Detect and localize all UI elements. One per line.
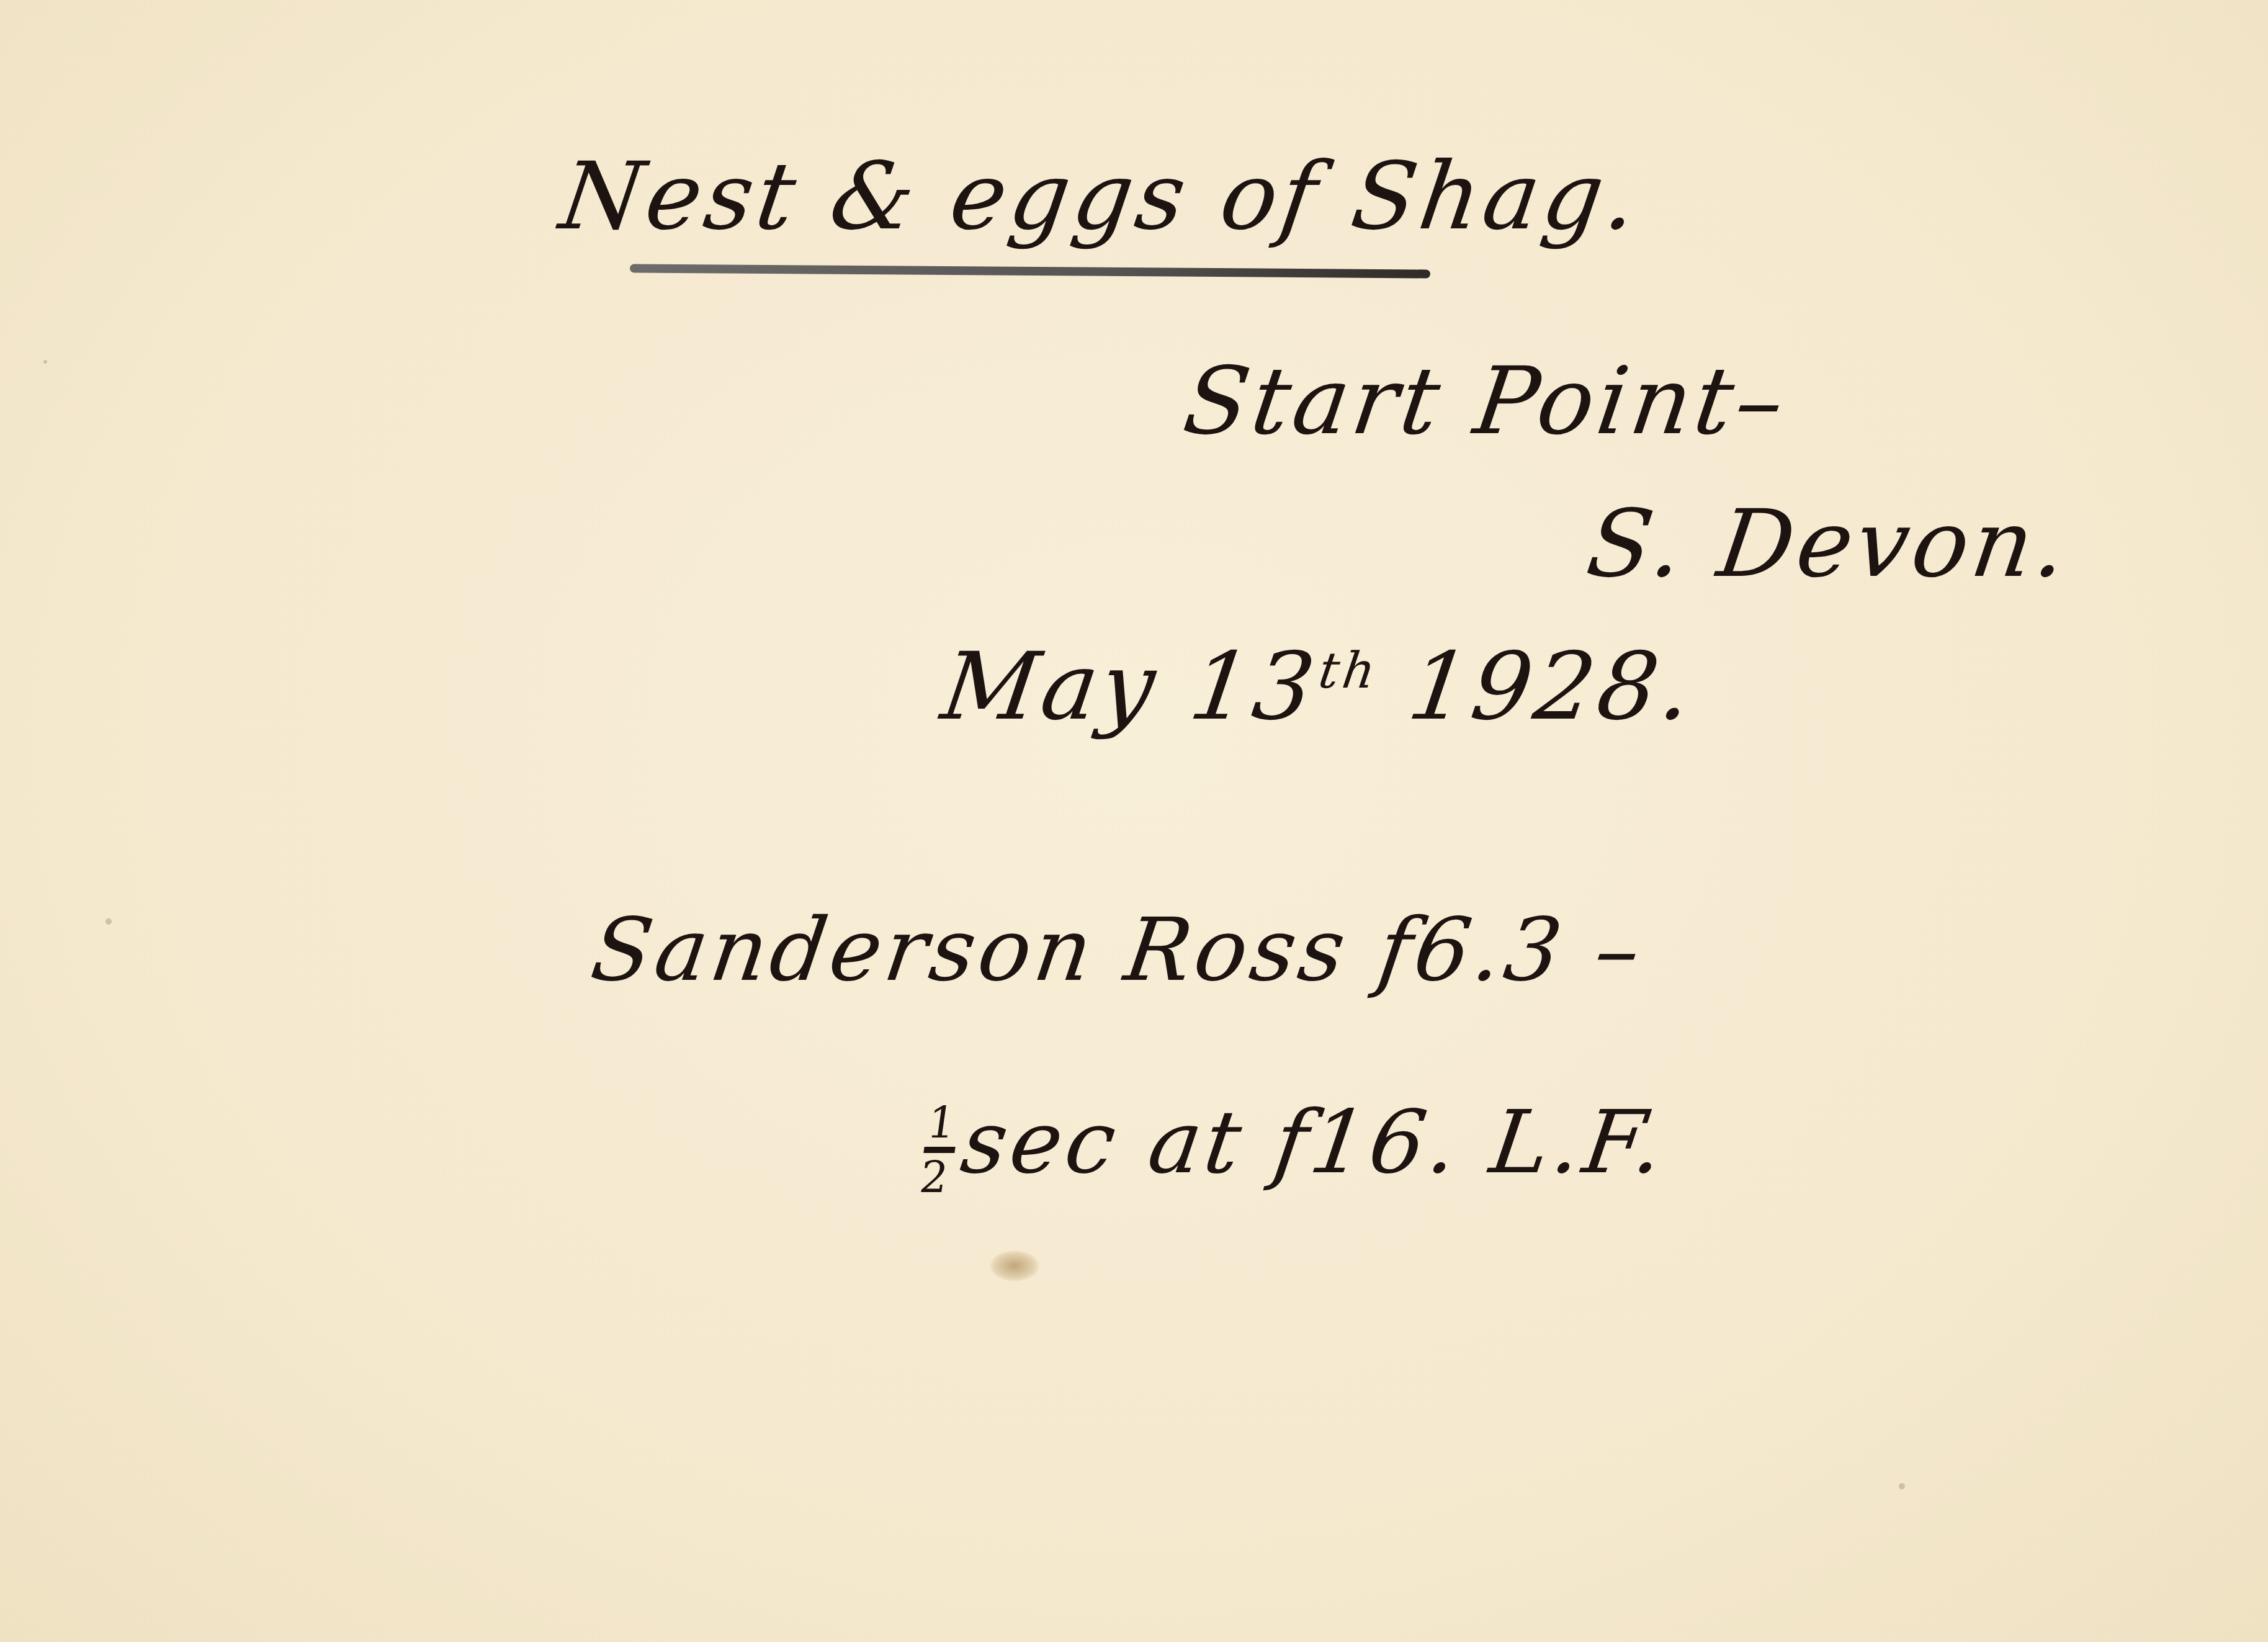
note-title: Nest & eggs of Shag.: [554, 143, 1647, 251]
paper-speck: [43, 360, 47, 364]
date-line: May 13th 1928.: [936, 633, 1703, 741]
paper-speck: [105, 918, 112, 925]
exposure-note: 1 2 sec at f16. L.F.: [917, 1092, 1674, 1199]
date-ordinal: th: [1316, 642, 1383, 699]
paper-stain: [990, 1250, 1039, 1281]
fraction-denominator: 2: [917, 1155, 954, 1199]
location-line-2: S. Devon.: [1581, 490, 2078, 598]
fraction-numerator: 1: [925, 1101, 962, 1144]
exposure-text: sec at f16. L.F.: [956, 1092, 1674, 1193]
camera-lens-note: Sanderson Ross f6.3 –: [586, 900, 1651, 1001]
date-month-day: May 13: [936, 633, 1325, 741]
location-line-1: Start Point–: [1178, 348, 1795, 455]
paper-speck: [1899, 1483, 1905, 1489]
date-year: 1928.: [1402, 633, 1702, 741]
